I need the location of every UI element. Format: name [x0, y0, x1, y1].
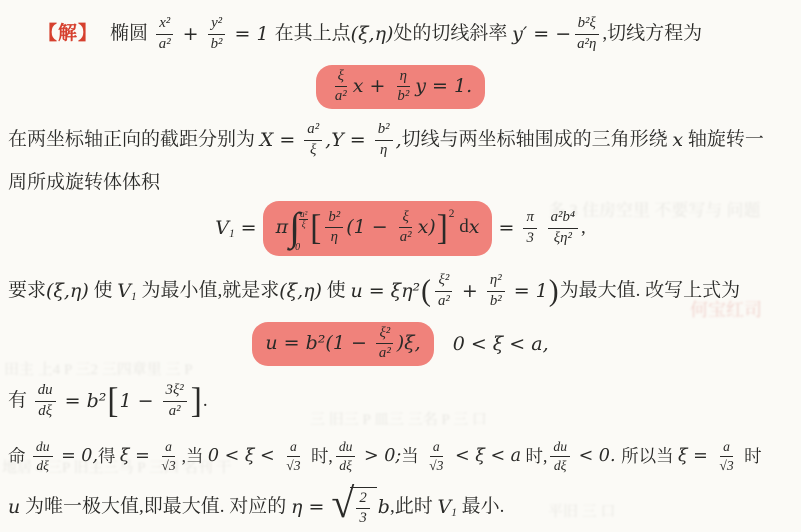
fraction: a√3 [283, 439, 303, 473]
fraction: a²b⁴ξη² [548, 209, 578, 246]
fraction: b²η [375, 121, 393, 158]
derivative-line: 有 dudξ = b²[1 − 3ξ²a²]. [8, 372, 208, 430]
highlight-marker: u = b²(1 − ξ²a²)ξ, [252, 322, 433, 366]
u-function-highlighted: u = b²(1 − ξ²a²)ξ, 0 < ξ < a, [0, 320, 801, 368]
intercepts-paragraph: 在两坐标轴正向的截距分别为 X = a²ξ,Y = b²η,切线与两坐标轴围成的… [8, 114, 764, 166]
minimization-paragraph: 要求(ξ,η) 使 V1 为最小值,就是求(ξ,η) 使 u = ξη²(ξ²a… [8, 263, 740, 319]
fraction: a√3 [716, 439, 736, 473]
volume-integral-formula: V1 = π∫a²ξ0[b²η(1 − ξa²x)]2 dx = π3 a²b⁴… [0, 192, 801, 264]
bleed-through-ghost-text: 三 旧三 P 皿三 三名 P 三 口 [310, 408, 487, 429]
fraction: a²ξ [304, 121, 322, 158]
fraction: b²η [325, 209, 343, 246]
fraction: dudξ [33, 439, 53, 473]
fraction: dudξ [550, 439, 570, 473]
textbook-solution-page: 多 3 住房空里 不要写与 问题何宝红司田主 上4 P 三2 三四章里 三 P三… [0, 0, 801, 532]
highlight-marker: π∫a²ξ0[b²η(1 − ξa²x)]2 dx [263, 201, 493, 256]
fraction: η²b² [487, 272, 505, 309]
fraction: a√3 [426, 439, 446, 473]
fraction: x²a² [156, 15, 174, 52]
fraction: ξa² [332, 68, 350, 105]
fraction: dudξ [35, 382, 56, 419]
fraction: y²b² [208, 15, 226, 52]
fraction: π3 [523, 209, 536, 246]
conclusion-line: u 为唯一极大值,即最大值. 对应的 η = √23b,此时 V1 最小. [8, 484, 504, 530]
fraction: ηb² [394, 68, 412, 105]
fraction: a√3 [158, 439, 178, 473]
bleed-through-ghost-text: 平旧 三 口 [548, 500, 616, 521]
integral-sign: ∫a²ξ0 [289, 204, 308, 252]
fraction: 23 [356, 490, 369, 527]
critical-point-line: 命 dudξ = 0,得 ξ = a√3,当 0 < ξ < a√3 时,dud… [8, 428, 800, 484]
fraction: b²ξa²η [574, 15, 599, 52]
square-root: √23 [331, 487, 376, 527]
fraction: 3ξ²a² [163, 382, 187, 419]
fraction: ξ²a² [376, 325, 394, 362]
fraction: ξa² [397, 209, 415, 246]
solution-line-intro: 【解】椭圆 x²a² + y²b² = 1 在其上点(ξ,η)处的切线斜率 y′… [38, 8, 702, 60]
fraction: dudξ [336, 439, 356, 473]
highlight-marker: ξa²x + ηb²y = 1. [316, 65, 485, 109]
fraction: ξ²a² [435, 272, 453, 309]
tangent-line-equation-highlighted: ξa²x + ηb²y = 1. [0, 64, 801, 110]
